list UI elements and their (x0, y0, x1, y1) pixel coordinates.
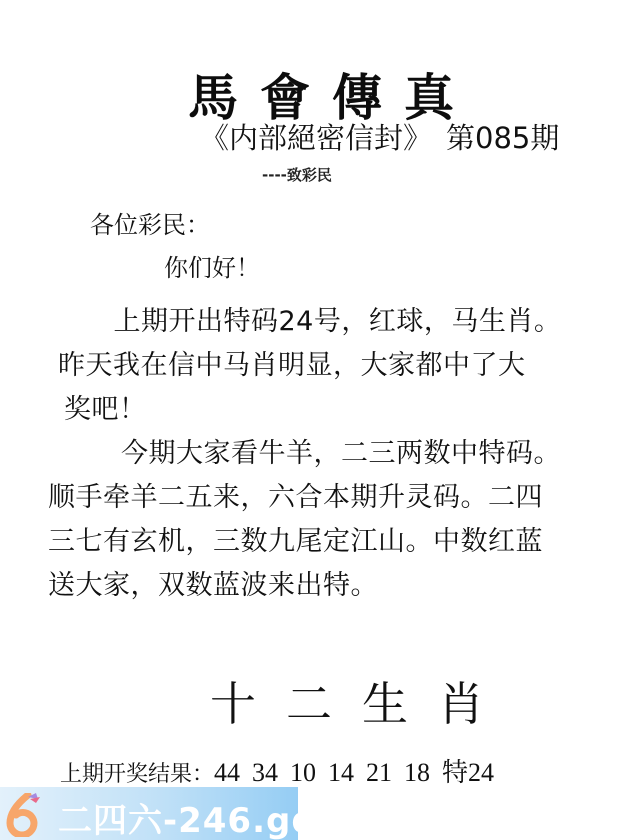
paragraph-line: 奖吧！ (64, 388, 584, 432)
paragraph-line: 上期开出特码24号，红球，马生肖。 (64, 300, 584, 344)
results-label: 上期开奖结果： (60, 762, 214, 787)
sender-line: ----致彩民 (262, 164, 332, 185)
greeting: 你们好！ (164, 248, 260, 283)
paragraph-line: 今期大家看牛羊，二三两数中特码。 (64, 432, 584, 476)
watermark-text: 二四六-246.gd (58, 793, 317, 840)
salutation: 各位彩民： (90, 205, 210, 240)
special-number: 特24 (442, 758, 494, 787)
result-number: 14 (328, 758, 354, 787)
paragraph-line: 三七有玄机，三数九尾定江山。中数红蓝 (48, 520, 584, 564)
issue-number: 第085期 (446, 121, 559, 155)
result-number: 44 (214, 758, 240, 787)
result-number: 34 (252, 758, 278, 787)
paragraph-line: 昨天我在信中马肖明显，大家都中了大 (58, 344, 584, 388)
six-logo-icon (6, 793, 40, 837)
subtitle-label: 《内部絕密信封》 (200, 121, 432, 155)
result-number: 10 (290, 758, 316, 787)
result-number: 21 (366, 758, 392, 787)
result-number: 18 (404, 758, 430, 787)
zodiac-heading: 十二生肖 (210, 668, 514, 734)
previous-results: 上期开奖结果：443410142118特24 (60, 752, 506, 789)
paragraph-line: 送大家，双数蓝波来出特。 (48, 564, 584, 608)
subtitle: 《内部絕密信封》第085期 (200, 116, 559, 157)
paragraph-last-result: 上期开出特码24号，红球，马生肖。 昨天我在信中马肖明显，大家都中了大 奖吧！ (64, 300, 584, 432)
paragraph-line: 顺手牵羊二五来，六合本期升灵码。二四 (48, 476, 584, 520)
paragraph-prediction: 今期大家看牛羊，二三两数中特码。 顺手牵羊二五来，六合本期升灵码。二四 三七有玄… (64, 432, 584, 608)
watermark-banner: 二四六-246.gd (0, 787, 298, 840)
